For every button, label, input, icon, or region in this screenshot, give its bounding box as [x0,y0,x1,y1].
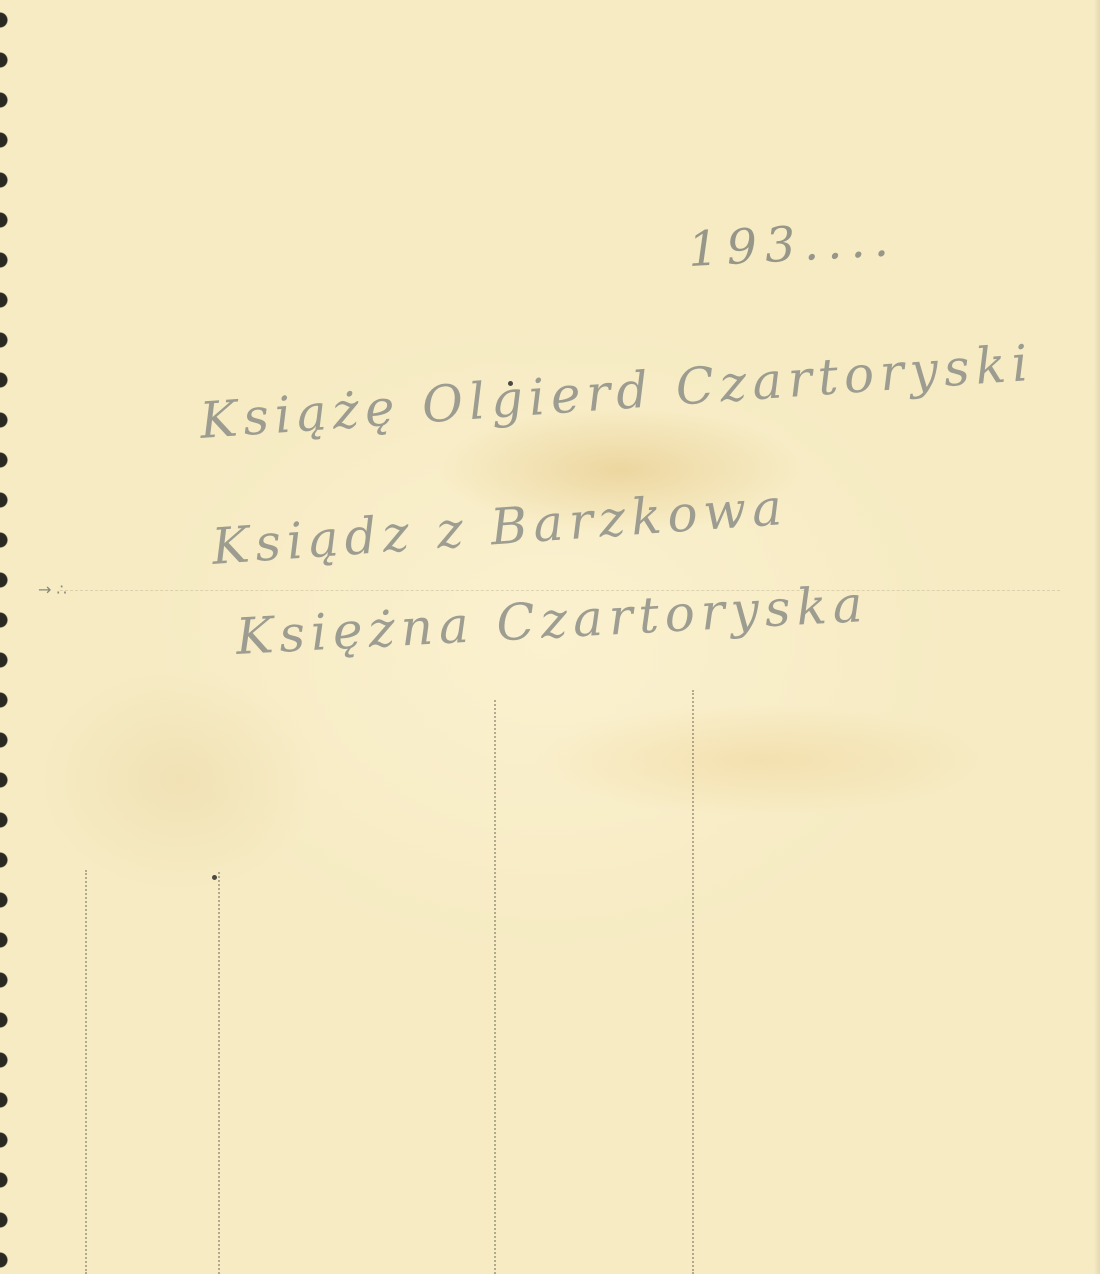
caption-line-1: Książę Olgierd Czartoryski [198,334,1036,450]
faint-ruled-line [60,590,1060,591]
postcard-divider-dotted [85,870,87,1274]
caption-line-2: Ksiądz z Barzkowa [210,478,790,576]
deckled-edge-left [0,0,14,1274]
postcard-divider-dotted [218,872,220,1274]
ink-speck [212,875,217,880]
ink-speck [508,381,513,386]
photo-back-card: 193.... Książę Olgierd Czartoryski Ksiąd… [0,0,1100,1274]
date-annotation: 193.... [687,211,898,278]
paper-edge-right [1094,0,1100,1274]
caption-line-3: Księżna Czartoryska [234,575,869,666]
postcard-divider-dotted [494,700,496,1274]
postcard-divider-dotted [692,690,694,1274]
margin-mark: → ∴ [38,580,67,599]
